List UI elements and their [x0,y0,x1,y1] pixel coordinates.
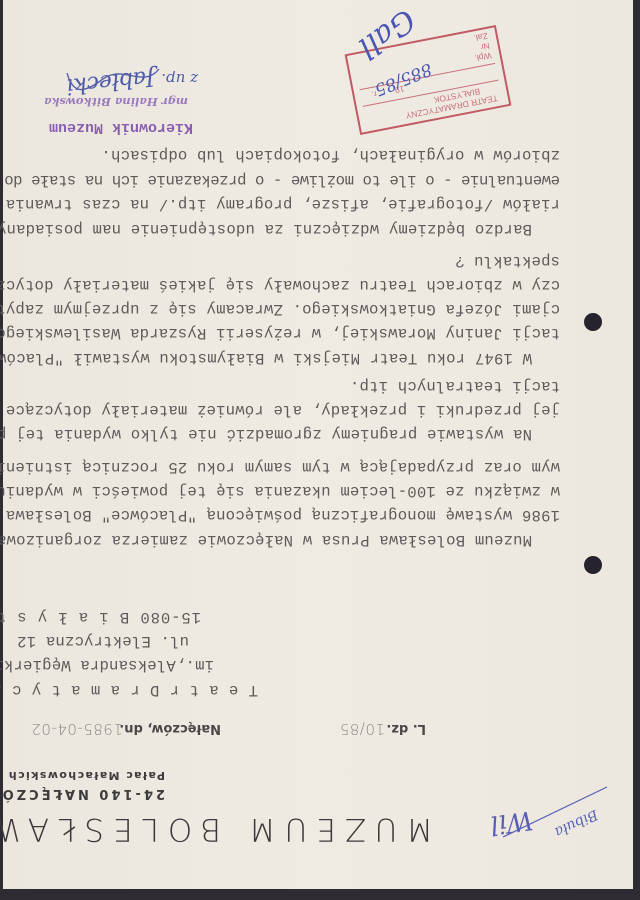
letterhead-title: MUZEUM BOLESŁAWA PRUSA [0,811,433,847]
recipient-line-3: ul. Elektryczna 12 [17,632,189,650]
letter-date: 1985-04-02 [31,720,123,738]
body-p1-l3: w związku ze 100-leciem ukazania się tej… [0,482,560,500]
body-p3-l4: czy w zbiorach Teatru zachowały się jaki… [0,276,560,294]
stamp-field-wpl: Wpł. [474,51,493,64]
signature-title-stamp: Kierownik Muzeum [49,119,193,136]
body-p2-l1: Na wystawie pragniemy zgromadzić nie tyl… [0,425,532,443]
body-p3-l3: cjami Józefa Gniatkowskiego. Zwracamy si… [0,300,560,318]
body-p3-l1: W 1947 roku Teatr Miejski w Białymstoku … [0,349,532,367]
body-p2-l2: jej przedruki i przekłady, ale również m… [0,401,560,419]
recipient-line-2: im.,Aleksandra Węgierki [0,656,214,674]
body-p2-l3: tacji teatralnych itp. [350,377,560,395]
letterhead-address: 24-140 NAŁĘCZÓW [0,786,165,801]
reference-number: 10/85 [339,720,385,738]
annotation-initials: Wil [488,804,535,840]
punch-hole-lower [584,313,602,331]
body-p4-l4: zbiorów w oryginałach, fotokopiach lub o… [101,146,560,164]
body-p1-l1: Muzeum Bolesława Prusa w Nałęczowie zami… [0,531,532,549]
recipient-line-4: 15-080 B i a ł y s t o k [0,608,201,626]
letter-paper: MUZEUM BOLESŁAWA PRUSA 24-140 NAŁĘCZÓW P… [3,0,633,889]
signature-proxy: z up. [161,70,198,88]
body-p3-l5: spektaklu ? [455,252,560,270]
reference-label: L. dz. [386,721,426,736]
date-place-label: Nałęczów, dn. [119,721,221,736]
scanned-letter-rotated: MUZEUM BOLESŁAWA PRUSA 24-140 NAŁĘCZÓW P… [0,0,640,900]
punch-hole-upper [584,556,602,574]
body-p1-l4: wym oraz przypadającą w tym samym roku 2… [0,458,560,476]
body-p1-l2: 1986 wystawę monograficzną poświęconą "P… [0,506,560,524]
handwritten-annotation: Bibuła Wil [485,779,615,849]
letterhead-building: Pałac Małachowskich [7,769,165,782]
stamp-field-nr: Nr [480,41,491,53]
body-p4-l2: riałów /fotografie, afisze, programy itp… [0,195,560,213]
body-p4-l3: ewentualnie - o ile to możliwe - o przek… [0,171,560,189]
recipient-line-1: T e a t r D r a m a t y c z n y [0,681,258,699]
reference-line: L. dz. 10/85 Nałęczów, dn. 1985-04-02 [3,718,633,738]
body-p4-l1: Bardzo będziemy wdzięczni za udostępnien… [0,220,532,238]
body-p3-l2: tacji Janiny Morawskiej, w reżyserii Rys… [0,324,560,342]
signature-flourish-icon [63,59,163,99]
